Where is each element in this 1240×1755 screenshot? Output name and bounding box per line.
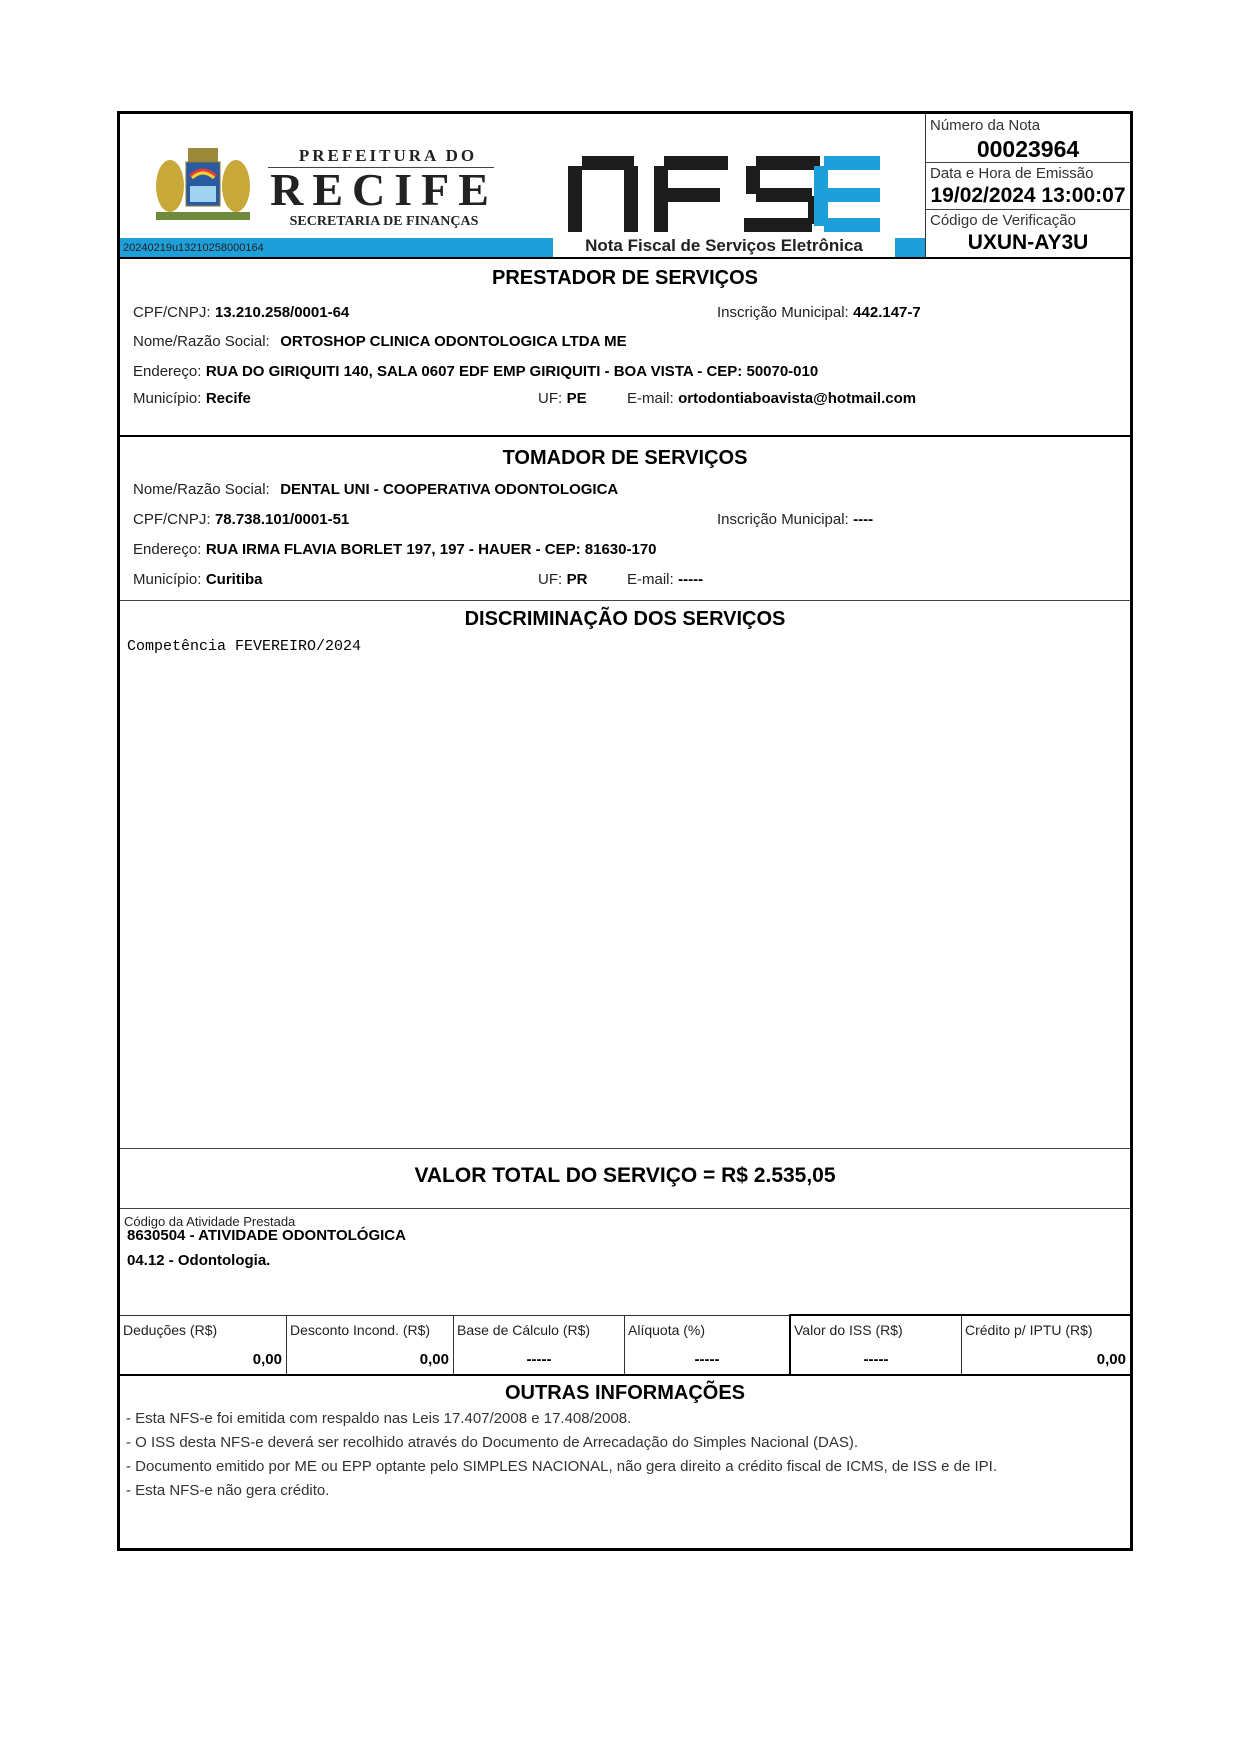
tomador-municipio: Município: Curitiba (133, 571, 263, 589)
discriminacao-title: DISCRIMINAÇÃO DOS SERVIÇOS (120, 608, 1130, 631)
atividade-line2: 04.12 - Odontologia. (127, 1252, 270, 1269)
prestador-endereco: Endereço: RUA DO GIRIQUITI 140, SALA 060… (133, 363, 818, 381)
prestador-cnpj-value: 13.210.258/0001-64 (215, 304, 349, 321)
prestador-email-label: E-mail: (627, 390, 674, 407)
info-column: Número da Nota 00023964 Data e Hora de E… (926, 114, 1130, 258)
numero-value: 00023964 (926, 136, 1130, 163)
discriminacao-divider (120, 1148, 1130, 1149)
prestador-im-label: Inscrição Municipal: (717, 304, 849, 321)
prefeitura-line2: RECIFE (268, 166, 500, 214)
outras-line: - Esta NFS-e não gera crédito. (126, 1482, 329, 1499)
info-sep-1 (926, 162, 1130, 163)
emissao-value: 19/02/2024 13:00:07 (926, 184, 1130, 208)
prestador-im: Inscrição Municipal: 442.147-7 (717, 304, 921, 322)
tax-iptu-value: 0,00 (1097, 1351, 1126, 1368)
prestador-nome-label: Nome/Razão Social: (133, 333, 270, 350)
tomador-endereco: Endereço: RUA IRMA FLAVIA BORLET 197, 19… (133, 541, 657, 559)
info-sep-2 (926, 209, 1130, 210)
prestador-municipio-label: Município: (133, 390, 201, 407)
verificacao-value: UXUN-AY3U (926, 231, 1130, 255)
tax-desconto-value: 0,00 (420, 1351, 449, 1368)
barcode-text: 20240219u13210258000164 (123, 242, 264, 254)
tax-base-value: ----- (454, 1351, 624, 1368)
tomador-nome-value: DENTAL UNI - COOPERATIVA ODONTOLOGICA (280, 481, 618, 498)
nfse-document: PREFEITURA DO RECIFE SECRETARIA DE FINAN… (117, 111, 1133, 1551)
tax-aliquota: Alíquota (%) ----- (625, 1316, 789, 1374)
tomador-endereco-label: Endereço: (133, 541, 201, 558)
tomador-uf-label: UF: (538, 571, 562, 588)
tax-aliquota-label: Alíquota (%) (628, 1322, 705, 1338)
tomador-divider (120, 600, 1130, 601)
tomador-uf: UF: PR (538, 571, 587, 589)
prestador-endereco-label: Endereço: (133, 363, 201, 380)
tomador-nome-label: Nome/Razão Social: (133, 481, 270, 498)
nfse-subtitle: Nota Fiscal de Serviços Eletrônica (553, 236, 895, 256)
header: PREFEITURA DO RECIFE SECRETARIA DE FINAN… (120, 114, 925, 258)
tax-iptu-label: Crédito p/ IPTU (R$) (965, 1322, 1093, 1338)
taxes-divider (120, 1374, 1130, 1376)
outras-line: - Esta NFS-e foi emitida com respaldo na… (126, 1410, 631, 1427)
tax-deducoes-value: 0,00 (253, 1351, 282, 1368)
prestador-email-value: ortodontiaboavista@hotmail.com (678, 390, 916, 407)
tomador-im: Inscrição Municipal: ---- (717, 511, 873, 529)
prestador-municipio: Município: Recife (133, 390, 251, 408)
nfse-logo-icon (568, 156, 880, 232)
prestador-cnpj: CPF/CNPJ: 13.210.258/0001-64 (133, 304, 349, 322)
outras-line: - O ISS desta NFS-e deverá ser recolhido… (126, 1434, 858, 1451)
tax-desconto-label: Desconto Incond. (R$) (290, 1322, 430, 1338)
tomador-email: E-mail: ----- (627, 571, 703, 589)
verificacao-label: Código de Verificação (926, 212, 1076, 229)
emissao-label: Data e Hora de Emissão (926, 165, 1093, 182)
taxes-row: Deduções (R$) 0,00 Desconto Incond. (R$)… (120, 1315, 1130, 1375)
tax-base: Base de Cálculo (R$) ----- (454, 1316, 624, 1374)
tax-base-label: Base de Cálculo (R$) (457, 1322, 590, 1338)
tax-iss-label: Valor do ISS (R$) (794, 1322, 903, 1338)
prestador-email: E-mail: ortodontiaboavista@hotmail.com (627, 390, 916, 408)
prestador-cnpj-label: CPF/CNPJ: (133, 304, 211, 321)
prestador-title: PRESTADOR DE SERVIÇOS (120, 267, 1130, 290)
tomador-nome: Nome/Razão Social: DENTAL UNI - COOPERAT… (133, 481, 618, 499)
tomador-municipio-label: Município: (133, 571, 201, 588)
tomador-uf-value: PR (567, 571, 588, 588)
prestador-nome-value: ORTOSHOP CLINICA ODONTOLOGICA LTDA ME (280, 333, 626, 350)
tomador-cnpj-label: CPF/CNPJ: (133, 511, 211, 528)
tax-iptu: Crédito p/ IPTU (R$) 0,00 (962, 1316, 1130, 1374)
tax-aliquota-value: ----- (625, 1351, 789, 1368)
tax-deducoes-label: Deduções (R$) (123, 1322, 217, 1338)
numero-label: Número da Nota (926, 117, 1040, 134)
prestador-im-value: 442.147-7 (853, 304, 921, 321)
prefeitura-line3: SECRETARIA DE FINANÇAS (268, 214, 500, 230)
tomador-municipio-value: Curitiba (206, 571, 263, 588)
valor-total: VALOR TOTAL DO SERVIÇO = R$ 2.535,05 (120, 1164, 1130, 1188)
prestador-endereco-value: RUA DO GIRIQUITI 140, SALA 0607 EDF EMP … (206, 363, 818, 380)
prefeitura-line1: PREFEITURA DO (278, 146, 498, 166)
prestador-nome: Nome/Razão Social: ORTOSHOP CLINICA ODON… (133, 333, 627, 351)
discriminacao-text: Competência FEVEREIRO/2024 (127, 638, 361, 655)
tomador-email-label: E-mail: (627, 571, 674, 588)
tomador-endereco-value: RUA IRMA FLAVIA BORLET 197, 197 - HAUER … (206, 541, 657, 558)
tomador-cnpj: CPF/CNPJ: 78.738.101/0001-51 (133, 511, 349, 529)
outras-line: - Documento emitido por ME ou EPP optant… (126, 1458, 997, 1475)
tomador-title: TOMADOR DE SERVIÇOS (120, 447, 1130, 470)
prestador-uf-label: UF: (538, 390, 562, 407)
prestador-uf: UF: PE (538, 390, 587, 408)
atividade-line1: 8630504 - ATIVIDADE ODONTOLÓGICA (127, 1227, 406, 1244)
prestador-uf-value: PE (567, 390, 587, 407)
outras-title: OUTRAS INFORMAÇÕES (120, 1382, 1130, 1405)
tax-iss: Valor do ISS (R$) ----- (791, 1316, 961, 1374)
tomador-cnpj-value: 78.738.101/0001-51 (215, 511, 349, 528)
prestador-municipio-value: Recife (206, 390, 251, 407)
tomador-im-label: Inscrição Municipal: (717, 511, 849, 528)
tax-deducoes: Deduções (R$) 0,00 (120, 1316, 286, 1374)
blue-band-right (895, 238, 925, 258)
header-divider (120, 257, 1130, 259)
recife-coat-of-arms-icon (152, 146, 254, 230)
tomador-im-value: ---- (853, 511, 873, 528)
tomador-email-value: ----- (678, 571, 703, 588)
tax-desconto: Desconto Incond. (R$) 0,00 (287, 1316, 453, 1374)
prestador-divider (120, 435, 1130, 437)
tax-iss-value: ----- (791, 1351, 961, 1368)
total-divider (120, 1208, 1130, 1209)
